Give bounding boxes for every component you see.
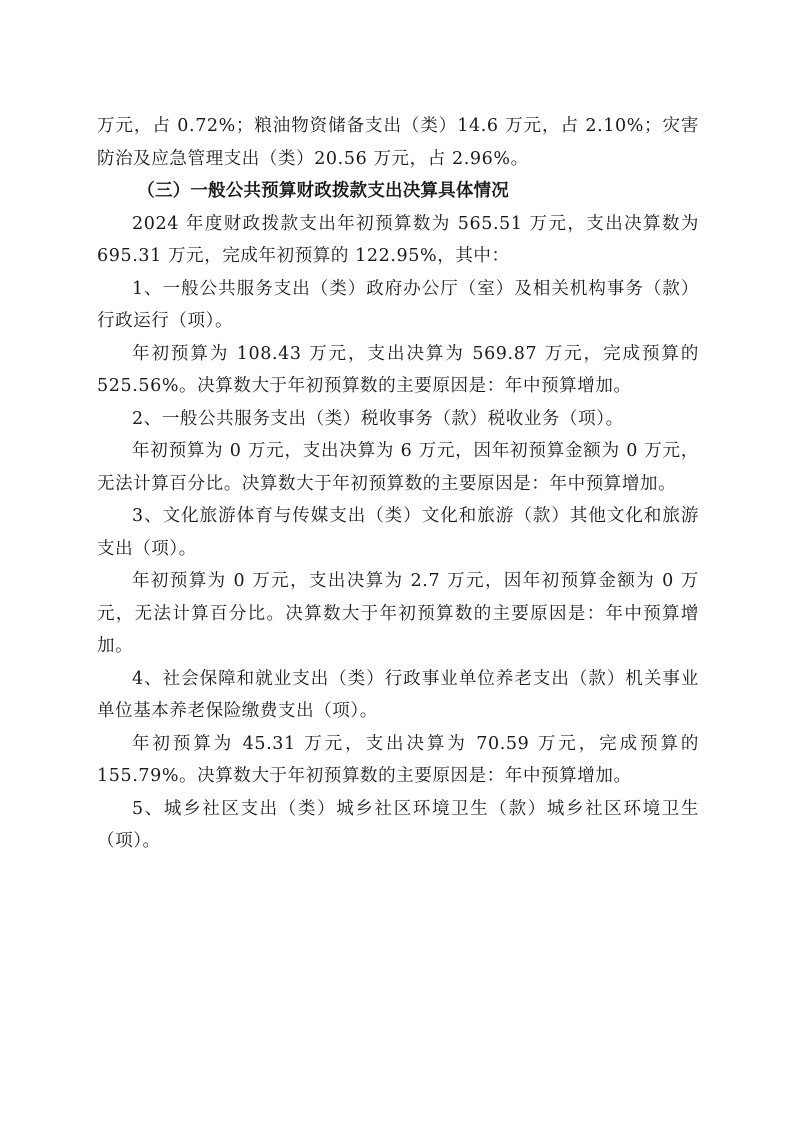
item-3-detail: 年初预算为 0 万元，支出决算为 2.7 万元，因年初预算金额为 0 万元，无法… [97,565,699,663]
item-2-title: 2、一般公共服务支出（类）税收事务（款）税收业务（项）。 [97,403,699,436]
item-3-title: 3、文化旅游体育与传媒支出（类）文化和旅游（款）其他文化和旅游支出（项）。 [97,500,699,565]
continuation-paragraph: 万元，占 0.72%；粮油物资储备支出（类）14.6 万元，占 2.10%；灾害… [97,110,699,175]
intro-paragraph: 2024 年度财政拨款支出年初预算数为 565.51 万元，支出决算数为 695… [97,208,699,273]
item-4-title: 4、社会保障和就业支出（类）行政事业单位养老支出（款）机关事业单位基本养老保险缴… [97,663,699,728]
item-2-detail: 年初预算为 0 万元，支出决算为 6 万元，因年初预算金额为 0 万元，无法计算… [97,435,699,500]
item-1-detail: 年初预算为 108.43 万元，支出决算为 569.87 万元，完成预算的 52… [97,338,699,403]
item-5-title: 5、城乡社区支出（类）城乡社区环境卫生（款）城乡社区环境卫生（项）。 [97,793,699,858]
section-heading: （三）一般公共预算财政拨款支出决算具体情况 [97,175,699,208]
item-1-title: 1、一般公共服务支出（类）政府办公厅（室）及相关机构事务（款）行政运行（项）。 [97,273,699,338]
document-page: 万元，占 0.72%；粮油物资储备支出（类）14.6 万元，占 2.10%；灾害… [97,110,699,858]
item-4-detail: 年初预算为 45.31 万元，支出决算为 70.59 万元，完成预算的 155.… [97,728,699,793]
